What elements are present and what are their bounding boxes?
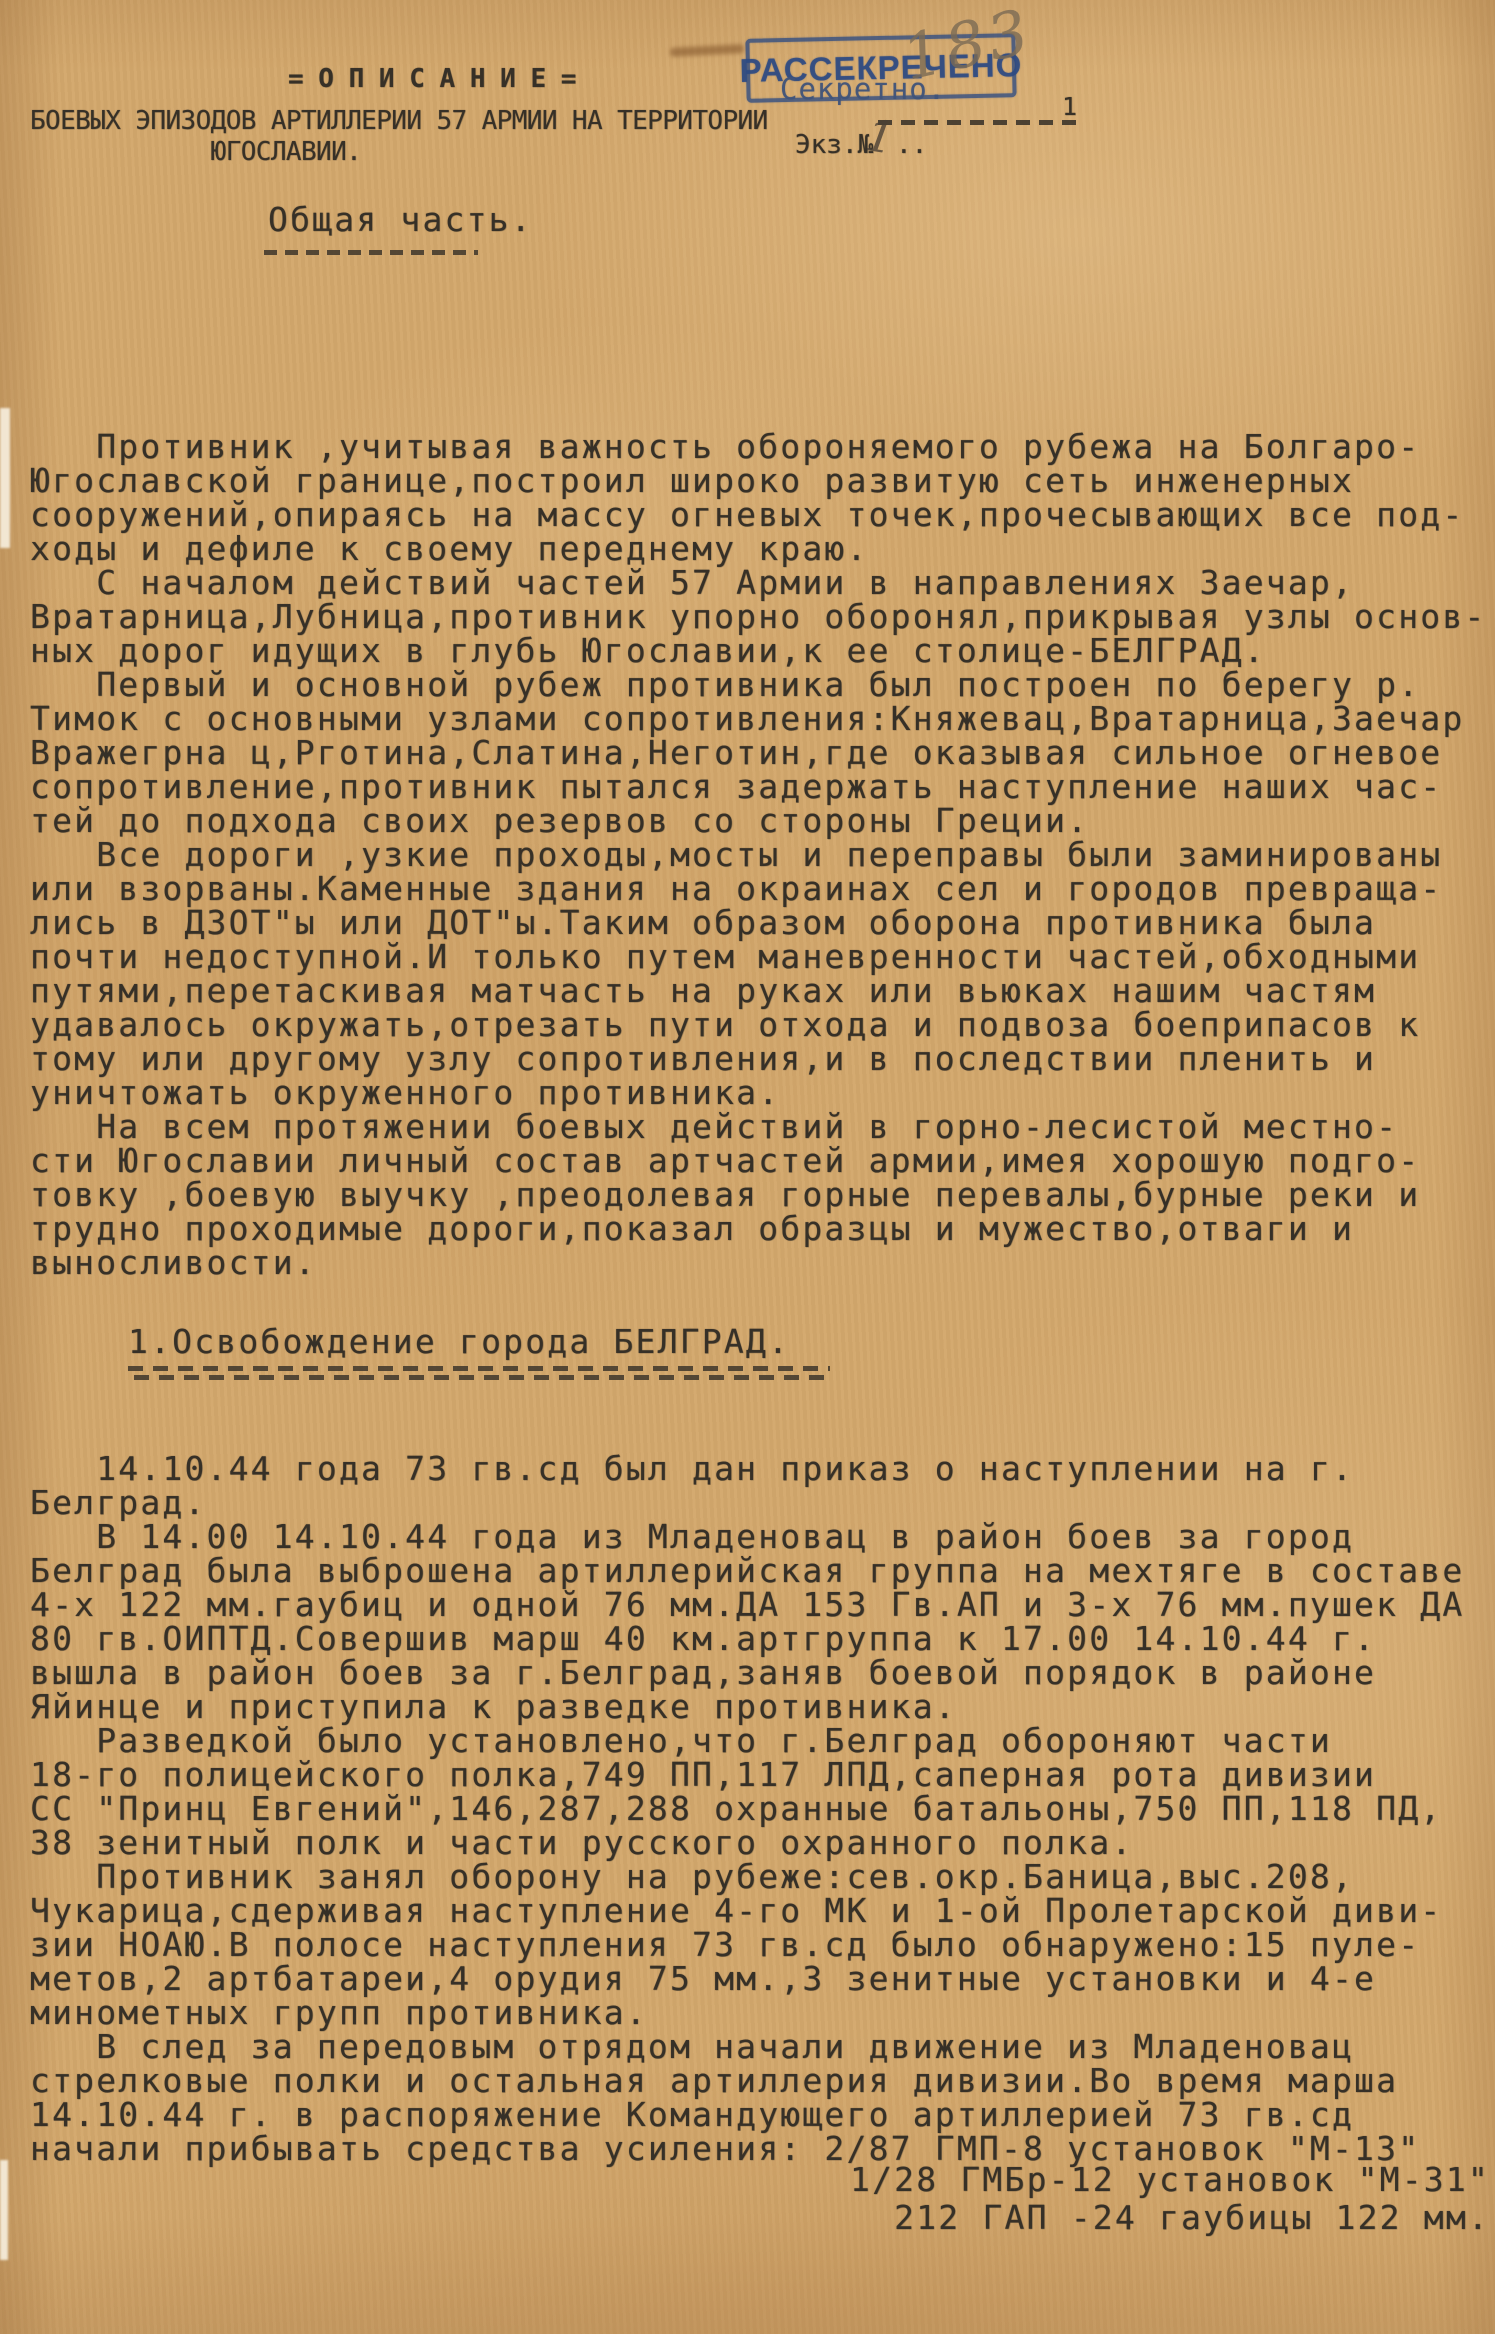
copy-number-dots: .. <box>896 130 927 160</box>
section-belgrade-body: 14.10.44 года 73 гв.сд был дан приказ о … <box>30 1452 1492 2166</box>
scan-artifact <box>0 408 10 548</box>
copy-number-blank-line <box>878 120 1078 125</box>
paragraph: Противник занял оборону на рубеже:сев.ок… <box>30 1860 1492 2030</box>
paragraph: С началом действий частей 57 Армии в нап… <box>30 566 1492 668</box>
scan-artifact <box>0 2160 8 2260</box>
paragraph: Все дороги ,узкие проходы,мосты и перепр… <box>30 838 1492 1110</box>
reinforcement-line: 212 ГАП -24 гаубицы 122 мм. <box>30 2198 1490 2237</box>
section-general-body: Противник ,учитывая важность обороняемог… <box>30 430 1492 1280</box>
document-page: РАССЕКРЕЧЕНО 183 Секретно. 1 Экз.№ 1 .. … <box>0 0 1495 2334</box>
classification-label: Секретно. <box>780 72 946 106</box>
copy-number-typed: 1 <box>1062 92 1077 121</box>
paragraph: В след за передовым отрядом начали движе… <box>30 2030 1492 2166</box>
heading-underline <box>264 250 478 255</box>
section-heading-belgrade: 1.Освобождение города БЕЛГРАД. <box>128 1322 790 1361</box>
ink-smudge <box>670 44 744 57</box>
reinforcement-line: 1/28 ГМБр-12 установок "М-31" <box>30 2160 1490 2199</box>
paragraph: Первый и основной рубеж противника был п… <box>30 668 1492 838</box>
paragraph: В 14.00 14.10.44 года из Младеновац в ра… <box>30 1520 1492 1724</box>
heading-underline-double <box>128 1366 830 1381</box>
section-heading-general: Общая часть. <box>268 200 533 239</box>
paragraph: 14.10.44 года 73 гв.сд был дан приказ о … <box>30 1452 1492 1520</box>
document-title: = О П И С А Н И Е = <box>288 64 576 94</box>
paragraph: На всем протяжении боевых действий в гор… <box>30 1110 1492 1280</box>
paragraph: Противник ,учитывая важность обороняемог… <box>30 430 1492 566</box>
document-subtitle: БОЕВЫХ ЭПИЗОДОВ АРТИЛЛЕРИИ 57 АРМИИ НА Т… <box>30 106 768 168</box>
copy-number-label: Экз.№ <box>795 130 873 160</box>
copy-number-handwritten: 1 <box>862 110 898 165</box>
paragraph: Разведкой было установлено,что г.Белград… <box>30 1724 1492 1860</box>
